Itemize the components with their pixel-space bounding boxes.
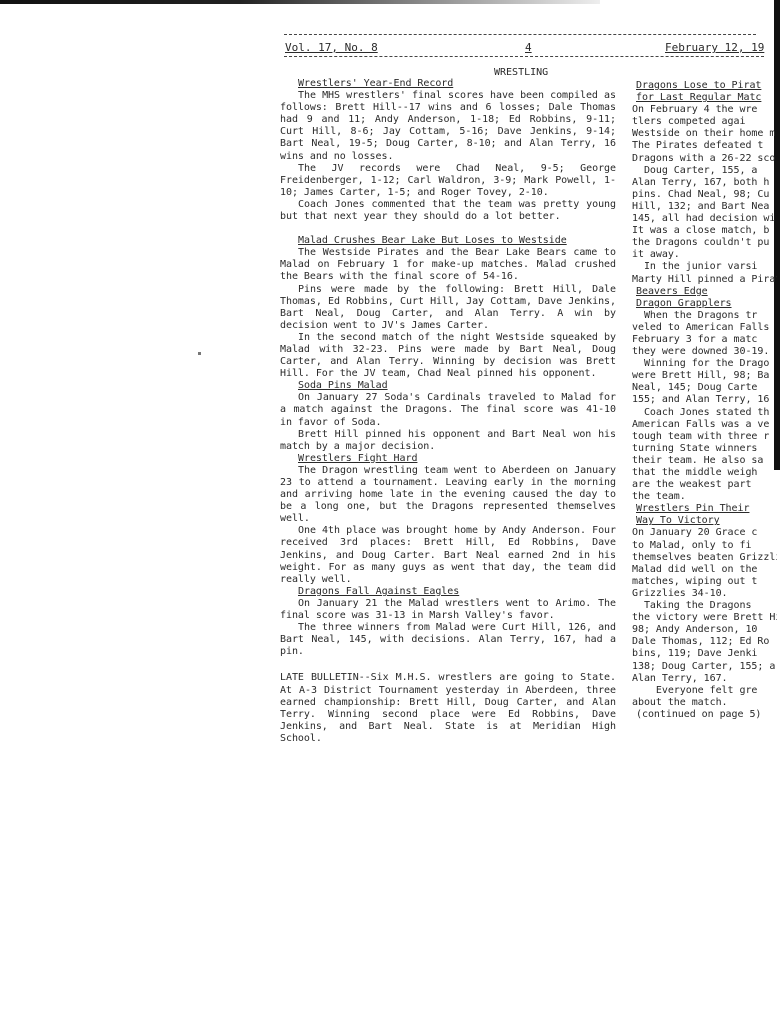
scan-speck	[198, 352, 201, 355]
article-headline: Dragons Lose to Pirat	[636, 80, 777, 92]
article-line: Taking the Dragons	[632, 600, 777, 612]
issue-date: February 12, 19	[664, 40, 765, 56]
late-bulletin: LATE BULLETIN--Six M.H.S. wrestlers are …	[280, 672, 616, 745]
article-line: American Falls was a ve	[632, 419, 777, 431]
article-line: 155; and Alan Terry, 16	[632, 394, 777, 406]
article: Wrestlers' Year-End RecordThe MHS wrestl…	[280, 78, 616, 223]
article-line: Everyone felt gre	[632, 685, 777, 697]
article: Dragons Fall Against EaglesOn January 21…	[280, 586, 616, 659]
article-line: February 3 for a matc	[632, 334, 777, 346]
article-line: Dale Thomas, 112; Ed Ro	[632, 636, 777, 648]
article-line: are the weakest part	[632, 479, 777, 491]
article-line: tlers competed agai	[632, 116, 777, 128]
article-paragraph: Pins were made by the following: Brett H…	[280, 284, 616, 332]
top-dashed-rule	[284, 34, 756, 35]
article-line: Alan Terry, 167, both h	[632, 177, 777, 189]
article-line: Winning for the Drago	[632, 358, 777, 370]
article-headline: for Last Regular Matc	[636, 92, 777, 104]
article-headline: Malad Crushes Bear Lake But Loses to Wes…	[298, 235, 616, 247]
article-line: Marty Hill pinned a Pirat	[632, 274, 777, 286]
article-line: the Dragons couldn't pu	[632, 237, 777, 249]
article-paragraph: Coach Jones commented that the team was …	[280, 199, 616, 223]
page-header: Vol. 17, No. 8 4 February 12, 19	[284, 40, 764, 57]
article: Beavers EdgeDragon Grapplers When the Dr…	[632, 286, 777, 504]
article-headline: Dragons Fall Against Eagles	[298, 586, 616, 598]
article-headline: Beavers Edge	[636, 286, 777, 298]
scan-top-edge	[0, 0, 600, 4]
article-line: it away.	[632, 249, 777, 261]
article-line: Neal, 145; Doug Carte	[632, 382, 777, 394]
article-line: turning State winners	[632, 443, 777, 455]
article-paragraph: The Dragon wrestling team went to Aberde…	[280, 465, 616, 525]
page-number: 4	[524, 40, 533, 56]
article-line: Doug Carter, 155, a	[632, 165, 777, 177]
article-line: Malad did well on the	[632, 564, 777, 576]
article: Malad Crushes Bear Lake But Loses to Wes…	[280, 235, 616, 380]
article-headline: Dragon Grapplers	[636, 298, 777, 310]
article-headline: Way To Victory	[636, 515, 777, 527]
article-line: In the junior varsi	[632, 261, 777, 273]
article-paragraph: Brett Hill pinned his opponent and Bart …	[280, 429, 616, 453]
volume-number: Vol. 17, No. 8	[284, 40, 379, 56]
article-line: It was a close match, b	[632, 225, 777, 237]
article-line: Grizzlies 34-10.	[632, 588, 777, 600]
article-line: Coach Jones stated th	[632, 407, 777, 419]
article-paragraph: On January 27 Soda's Cardinals traveled …	[280, 392, 616, 428]
article: Wrestlers Fight HardThe Dragon wrestling…	[280, 453, 616, 586]
article-line: Dragons with a 26-22 sco	[632, 153, 777, 165]
article-line: were Brett Hill, 98; Ba	[632, 370, 777, 382]
article-line: themselves beaten Grizzli	[632, 552, 777, 564]
article-line: On February 4 the wre	[632, 104, 777, 116]
article-headline: Wrestlers' Year-End Record	[298, 78, 616, 90]
article-line: that the middle weigh	[632, 467, 777, 479]
article-gap	[280, 223, 616, 235]
article-line: tough team with three r	[632, 431, 777, 443]
article-line: When the Dragons tr	[632, 310, 777, 322]
article-paragraph: One 4th place was brought home by Andy A…	[280, 525, 616, 585]
article-headline: Wrestlers Pin Their	[636, 503, 777, 515]
article-line: their team. He also sa	[632, 455, 777, 467]
continued-note: (continued on page 5)	[636, 709, 777, 721]
article: Soda Pins MaladOn January 27 Soda's Card…	[280, 380, 616, 453]
article-headline: Soda Pins Malad	[298, 380, 616, 392]
left-column: Wrestlers' Year-End RecordThe MHS wrestl…	[280, 78, 616, 745]
article-line: 145, all had decision wi	[632, 213, 777, 225]
article-line: 138; Doug Carter, 155; a	[632, 661, 777, 673]
article-paragraph: The JV records were Chad Neal, 9-5; Geor…	[280, 163, 616, 199]
article-paragraph: The Westside Pirates and the Bear Lake B…	[280, 247, 616, 283]
article-line: 98; Andy Anderson, 10	[632, 624, 777, 636]
article-line: matches, wiping out t	[632, 576, 777, 588]
article-line: Westside on their home m	[632, 128, 777, 140]
article-line: Alan Terry, 167.	[632, 673, 777, 685]
article-line: veled to American Falls	[632, 322, 777, 334]
right-column: Dragons Lose to Piratfor Last Regular Ma…	[632, 80, 777, 721]
article-line: about the match.	[632, 697, 777, 709]
article-line: The Pirates defeated t	[632, 140, 777, 152]
article-line: they were downed 30-19.	[632, 346, 777, 358]
article-line: On January 20 Grace c	[632, 527, 777, 539]
article-headline: Wrestlers Fight Hard	[298, 453, 616, 465]
article-paragraph: The three winners from Malad were Curt H…	[280, 622, 616, 658]
article-line: pins. Chad Neal, 98; Cu	[632, 189, 777, 201]
article-paragraph: In the second match of the night Westsid…	[280, 332, 616, 380]
article: Dragons Lose to Piratfor Last Regular Ma…	[632, 80, 777, 286]
article-line: to Malad, only to fi	[632, 540, 777, 552]
article-line: Hill, 132; and Bart Nea	[632, 201, 777, 213]
article-line: bins, 119; Dave Jenki	[632, 648, 777, 660]
article-line: the team.	[632, 491, 777, 503]
article-paragraph: The MHS wrestlers' final scores have bee…	[280, 90, 616, 163]
article-line: the victory were Brett Hi	[632, 612, 777, 624]
article: Wrestlers Pin TheirWay To VictoryOn Janu…	[632, 503, 777, 709]
article-paragraph: On January 21 the Malad wrestlers went t…	[280, 598, 616, 622]
